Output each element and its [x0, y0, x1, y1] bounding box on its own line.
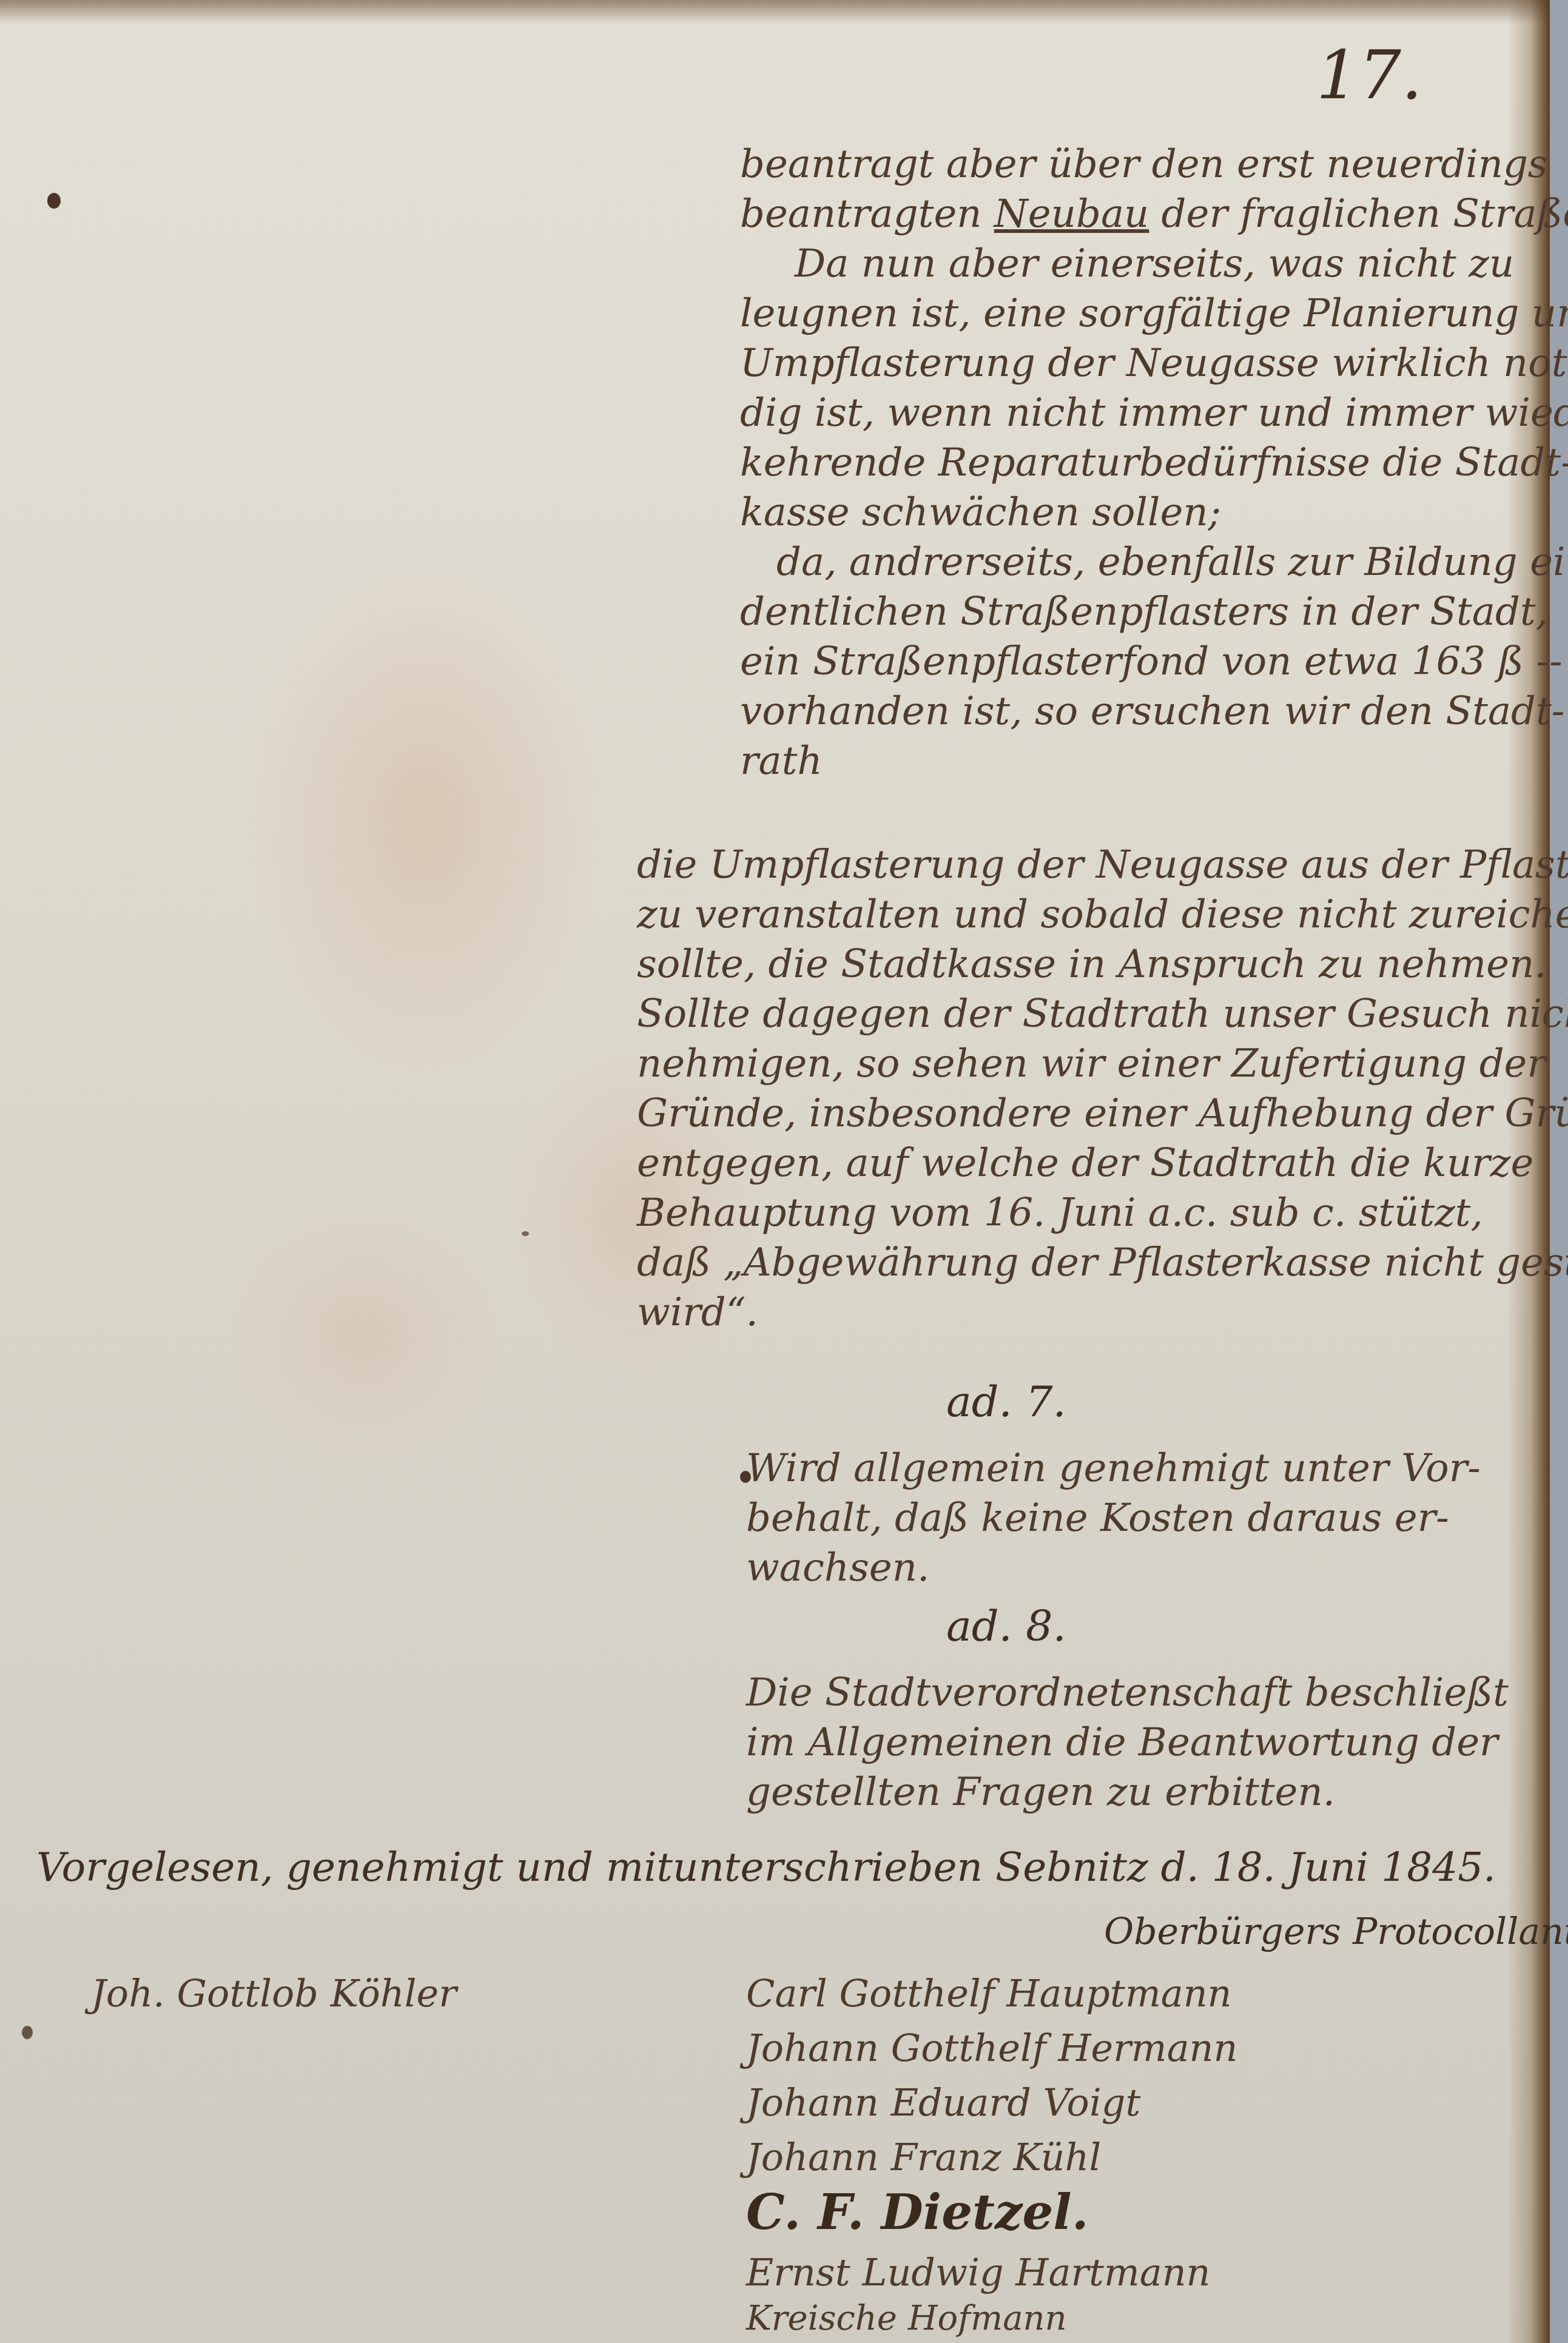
- text-line: wird“.: [637, 1288, 1516, 1337]
- text-line: beantragt aber über den erst neuerdings: [740, 140, 1510, 189]
- ink-spot: [47, 193, 61, 209]
- section-heading-ad-7: ad. 7.: [946, 1377, 1066, 1427]
- text-line: Gründe, insbesondere einer Aufhebung der…: [637, 1089, 1516, 1138]
- text-line: Sollte dagegen der Stadtrath unser Gesuc…: [637, 989, 1516, 1039]
- text-line: im Allgemeinen die Beantwortung der: [746, 1718, 1510, 1767]
- text-line: zu veranstalten und sobald diese nicht z…: [637, 890, 1516, 940]
- text-line: kehrende Reparaturbedürfnisse die Stadt-: [740, 438, 1510, 488]
- ink-spot: [22, 2026, 33, 2039]
- page-number: 17.: [1316, 36, 1422, 114]
- text-line: Die Stadtverordnetenschaft beschließt: [746, 1668, 1510, 1718]
- text-line: Da nun aber einerseits, was nicht zu: [740, 239, 1510, 289]
- body-text: beantragt aber über den erst neuerdings …: [740, 140, 1510, 786]
- signature-left: Joh. Gottlob Köhler: [91, 1971, 457, 2015]
- section-body-ad-8: Die Stadtverordnetenschaft beschließt im…: [746, 1668, 1510, 1817]
- paragraph-2: da, andrerseits, ebenfalls zur Bildung e…: [740, 537, 1510, 786]
- signature-3: Johann Eduard Voigt: [746, 2080, 1140, 2125]
- signature-2: Johann Gotthelf Hermann: [746, 2026, 1237, 2070]
- signature-1: Carl Gotthelf Hauptmann: [746, 1971, 1232, 2015]
- text-line: leugnen ist, eine sorgfältige Planierung…: [740, 289, 1510, 338]
- text-line: beantragten Neubau der fraglichen Straße…: [740, 189, 1510, 239]
- text-line: gestellten Fragen zu erbitten.: [746, 1767, 1510, 1817]
- text-line: kasse schwächen sollen;: [740, 488, 1510, 537]
- text-line: die Umpflasterung der Neugasse aus der P…: [637, 840, 1516, 890]
- text-line: vorhanden ist, so ersuchen wir den Stadt…: [740, 687, 1510, 736]
- text-line: Behauptung vom 16. Juni a.c. sub c. stüt…: [637, 1188, 1516, 1238]
- text-line: daß „Abgewährung der Pflasterkasse nicht…: [637, 1238, 1516, 1288]
- text-line-part: der fraglichen Straße.: [1149, 192, 1568, 237]
- ink-spot: [522, 1231, 529, 1236]
- signature-6: Ernst Ludwig Hartmann: [746, 2250, 1211, 2294]
- text-line: dentlichen Straßenpflasters in der Stadt…: [740, 587, 1510, 637]
- text-line: sollte, die Stadtkasse in Anspruch zu ne…: [637, 940, 1516, 989]
- text-line: da, andrerseits, ebenfalls zur Bildung e…: [740, 537, 1510, 587]
- closing-statement: Vorgelesen, genehmigt und mitunterschrie…: [36, 1844, 1432, 1891]
- text-line: entgegen, auf welche der Stadtrath die k…: [637, 1138, 1516, 1188]
- signature-4: Johann Franz Kühl: [746, 2135, 1101, 2179]
- text-line: nehmigen, so sehen wir einer Zufertigung…: [637, 1039, 1516, 1089]
- text-line: dig ist, wenn nicht immer und immer wied…: [740, 388, 1510, 438]
- text-line: rath: [740, 736, 1510, 786]
- signature-title: Oberbürgers Protocollant: [1104, 1911, 1568, 1953]
- text-line: behalt, daß keine Kosten daraus er-: [746, 1493, 1510, 1543]
- text-line: Umpflasterung der Neugasse wirklich notw…: [740, 338, 1510, 388]
- signature-5: C. F. Dietzel.: [746, 2183, 1089, 2240]
- paragraph-1: Da nun aber einerseits, was nicht zu leu…: [740, 239, 1510, 537]
- text-line: ein Straßenpflasterfond von etwa 163 ß -…: [740, 637, 1510, 687]
- text-line-part: beantragten: [740, 192, 994, 237]
- document-page: 17. beantragt aber über den erst neuerdi…: [0, 0, 1550, 2343]
- section-body-ad-7: Wird allgemein genehmigt unter Vor- beha…: [746, 1444, 1510, 1593]
- text-line: wachsen.: [746, 1543, 1510, 1593]
- section-heading-ad-8: ad. 8.: [946, 1601, 1066, 1651]
- paragraph-3: die Umpflasterung der Neugasse aus der P…: [637, 840, 1516, 1337]
- text-line: Wird allgemein genehmigt unter Vor-: [746, 1444, 1510, 1493]
- underlined-word: Neubau: [994, 192, 1149, 237]
- signature-7: Kreische Hofmann: [746, 2299, 1067, 2338]
